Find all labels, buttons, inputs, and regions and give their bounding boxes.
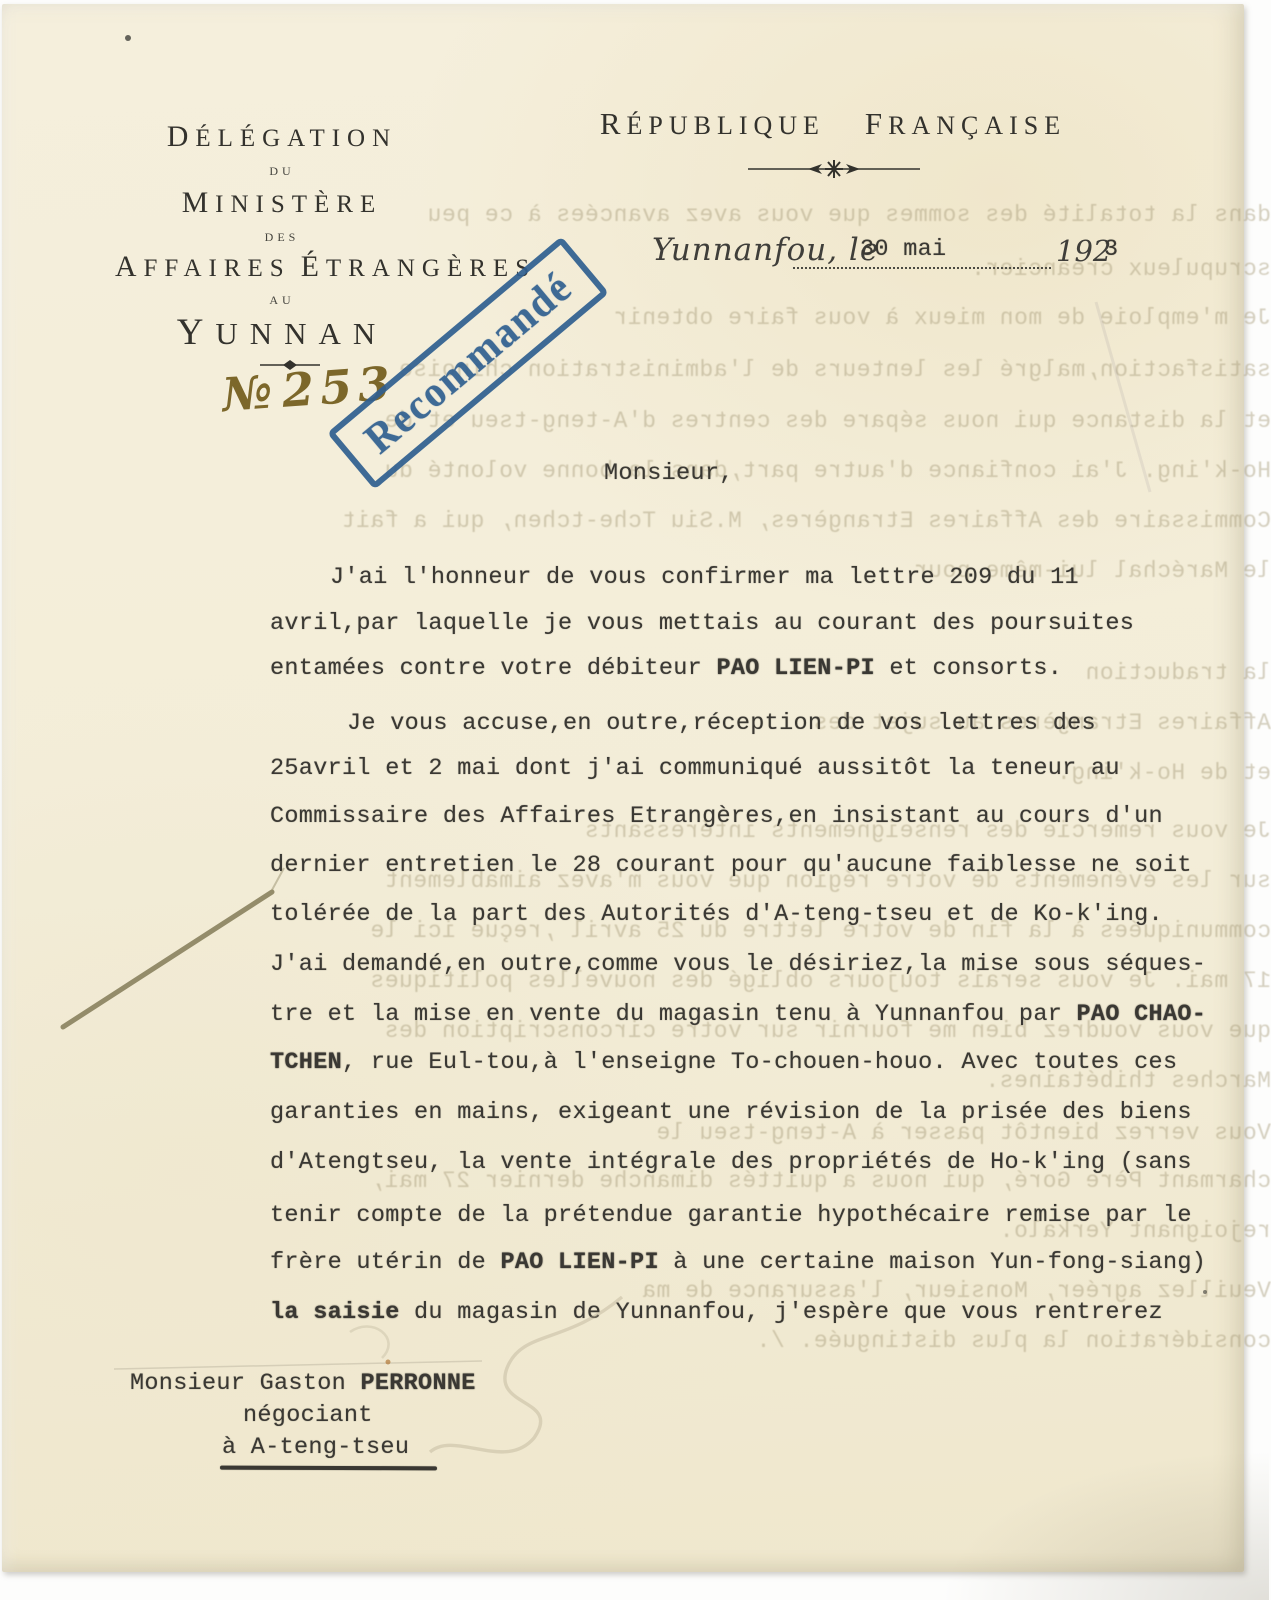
- pen-stroke-mark: [63, 892, 272, 1027]
- rust-speck: [386, 1360, 391, 1365]
- ink-speck-top: [125, 35, 131, 41]
- crease-mark-right: [1096, 302, 1150, 492]
- scan-marks: [0, 0, 1271, 1600]
- crease-mark-addressee: [114, 1361, 482, 1369]
- pen-stroke-tail: [272, 868, 284, 890]
- ink-speck-right: [1203, 1290, 1207, 1294]
- signature-bleedthrough: [430, 1297, 622, 1452]
- letter-scan: dans la totalité des sommes que vous ave…: [0, 0, 1271, 1600]
- signature-bleedthrough-2: [350, 1326, 389, 1358]
